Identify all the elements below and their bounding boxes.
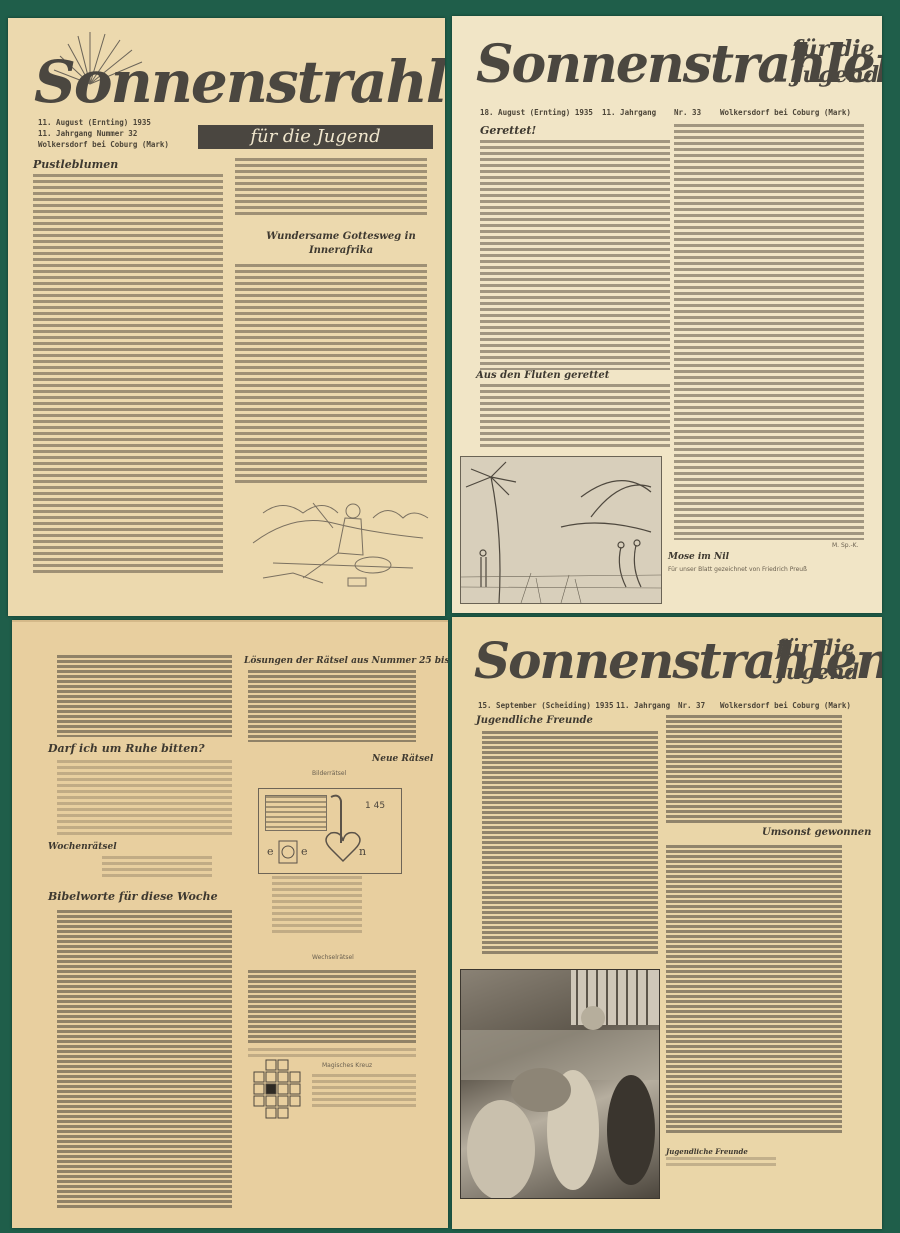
article-heading: Wochenrätsel xyxy=(48,842,117,852)
article-body xyxy=(33,174,223,576)
article-body xyxy=(57,760,232,838)
article-heading: Bibelworte für diese Woche xyxy=(48,890,218,903)
masthead-subtitle-line2: Jugend xyxy=(792,64,879,86)
newspaper-page-33: Sonnenstrahlen für die Jugend 18. August… xyxy=(452,16,882,613)
issue-place: Wolkersdorf bei Coburg (Mark) xyxy=(720,701,851,710)
puzzle-label: Magisches Kreuz xyxy=(322,1062,372,1069)
children-with-sheep-photo xyxy=(460,969,660,1199)
puzzle-text-box xyxy=(265,795,327,831)
puzzle-body xyxy=(248,970,416,1044)
palm-tree-flamingo-illustration xyxy=(460,456,662,604)
image-title: Mose im Nil xyxy=(668,552,729,562)
article-signature: M. Sp.-K. xyxy=(832,542,859,549)
issue-date: 11. August (Ernting) 1935 xyxy=(38,118,151,127)
puzzle-body xyxy=(312,1074,416,1108)
article-body xyxy=(666,845,842,1133)
newspaper-page-37: Sonnenstrahlen für die Jugend 15. Septem… xyxy=(452,617,882,1229)
puzzle-label: Wechselrätsel xyxy=(312,954,354,961)
article-heading: Pustleblumen xyxy=(33,158,118,171)
issue-number: Nr. 37 xyxy=(678,701,705,710)
puzzle-letter: e xyxy=(267,845,274,858)
masthead-subtitle-line2: Jugend xyxy=(776,661,859,682)
children-in-meadow-illustration xyxy=(233,483,433,593)
article-body xyxy=(674,124,864,540)
article-heading: Gerettet! xyxy=(480,124,536,137)
article-heading: Darf ich um Ruhe bitten? xyxy=(48,742,205,755)
issue-date: 15. September (Scheiding) 1935 xyxy=(478,701,613,710)
issue-place: Wolkersdorf bei Coburg (Mark) xyxy=(720,108,851,117)
photo-caption-body xyxy=(666,1157,776,1169)
masthead-subtitle-line1: für die xyxy=(776,637,855,658)
poem-body xyxy=(272,876,362,936)
magic-cross-grid xyxy=(252,1058,304,1124)
puzzle-glyphs: 1 45 xyxy=(365,801,385,811)
puzzle-letter: n xyxy=(359,845,366,858)
article-body xyxy=(57,655,232,737)
image-caption: Für unser Blatt gezeichnet von Friedrich… xyxy=(668,566,807,573)
poem-body xyxy=(102,856,212,880)
issue-volume: 11. Jahrgang xyxy=(602,108,656,117)
article-body xyxy=(480,384,670,448)
article-body xyxy=(666,715,842,823)
issue-volume: 11. Jahrgang xyxy=(616,701,670,710)
issue-place: Wolkersdorf bei Coburg (Mark) xyxy=(38,140,169,149)
masthead-subtitle: für die Jugend xyxy=(198,125,433,149)
issue-date: 18. August (Ernting) 1935 xyxy=(480,108,593,117)
article-heading: Jugendliche Freunde xyxy=(476,715,593,726)
article-heading: Wundersame Gottesweg in Innerafrika xyxy=(256,230,426,258)
clock-icon xyxy=(277,839,299,865)
solutions-list xyxy=(248,670,416,742)
article-body xyxy=(57,910,232,1210)
article-heading: Aus den Fluten gerettet xyxy=(476,370,609,381)
puzzle-letter: e xyxy=(301,845,308,858)
article-heading: Neue Rätsel xyxy=(372,754,433,764)
issue-number: Nr. 33 xyxy=(674,108,701,117)
article-body xyxy=(235,264,427,484)
article-body xyxy=(480,140,670,370)
article-heading: Lösungen der Rätsel aus Nummer 25 bis 28 xyxy=(244,656,448,666)
article-body xyxy=(482,731,658,955)
masthead-subtitle-line1: für die xyxy=(792,38,874,60)
fold-line xyxy=(12,620,448,622)
puzzle-label: Bilderrätsel xyxy=(312,770,346,777)
newspaper-page-32: Sonnenstrahlen 11. August (Ernting) 1935… xyxy=(8,18,445,616)
puzzle-body xyxy=(248,1048,416,1058)
article-heading: Umsonst gewonnen xyxy=(762,827,871,838)
photo-detail xyxy=(461,970,659,1198)
photo-caption: Jugendliche Freunde xyxy=(666,1147,748,1156)
article-body xyxy=(235,158,427,218)
issue-volume-number: 11. Jahrgang Nummer 32 xyxy=(38,129,137,138)
newspaper-puzzle-page: Darf ich um Ruhe bitten? Wochenrätsel Bi… xyxy=(12,620,448,1228)
masthead-title: Sonnenstrahlen xyxy=(34,48,445,116)
picture-puzzle: 1 45 e e n xyxy=(258,788,402,874)
